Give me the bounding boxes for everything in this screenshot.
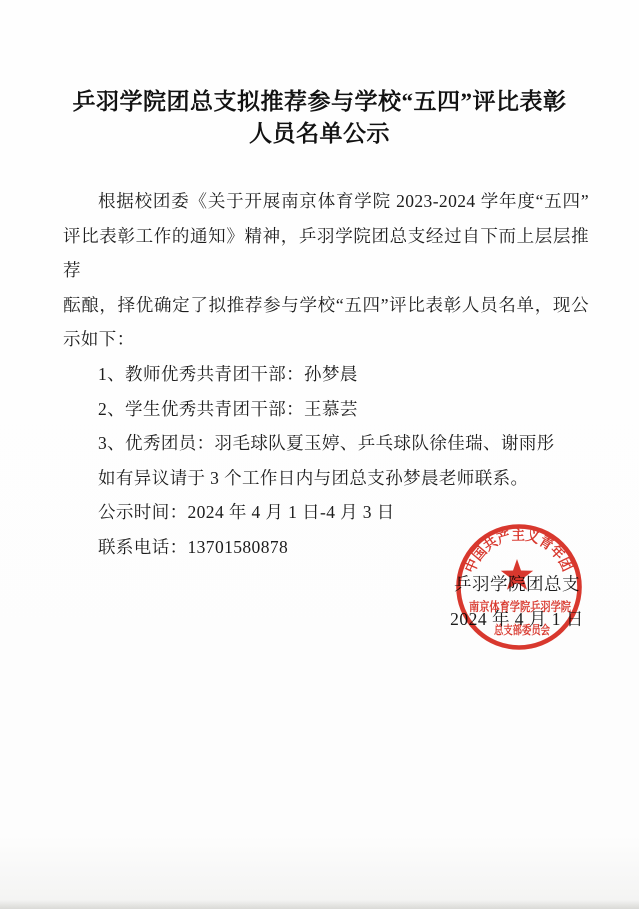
body-paragraph-line: 示如下：	[63, 322, 589, 357]
scanned-page: 乒羽学院团总支拟推荐参与学校“五四”评比表彰 人员名单公示 根据校团委《关于开展…	[0, 0, 639, 909]
official-seal: 中国共产主义青年团 南京体育学院乒羽学院 总支部委员会	[451, 519, 587, 655]
body-paragraph-line: 根据校团委《关于开展南京体育学院 2023-2024 学年度“五四”	[63, 184, 589, 219]
objection-note: 如有异议请于 3 个工作日内与团总支孙梦晨老师联系。	[63, 461, 589, 496]
list-item: 1、教师优秀共青团干部：孙梦晨	[63, 357, 589, 392]
list-item: 2、学生优秀共青团干部：王慕芸	[63, 392, 589, 427]
body-paragraph-line: 酝酿，择优确定了拟推荐参与学校“五四”评比表彰人员名单，现公	[63, 288, 589, 323]
seal-org-line2: 总支部委员会	[494, 622, 550, 637]
list-item: 3、优秀团员：羽毛球队夏玉婷、乒乓球队徐佳瑞、谢雨彤	[63, 426, 589, 461]
title-line-2: 人员名单公示	[28, 118, 611, 150]
seal-org-line1: 南京体育学院乒羽学院	[469, 599, 571, 614]
document-title: 乒羽学院团总支拟推荐参与学校“五四”评比表彰 人员名单公示	[28, 86, 611, 150]
body-paragraph-line: 评比表彰工作的通知》精神，乒羽学院团总支经过自下而上层层推荐	[63, 219, 589, 288]
title-line-1: 乒羽学院团总支拟推荐参与学校“五四”评比表彰	[28, 86, 611, 118]
document-body: 根据校团委《关于开展南京体育学院 2023-2024 学年度“五四” 评比表彰工…	[63, 184, 589, 565]
star-icon	[501, 559, 533, 590]
